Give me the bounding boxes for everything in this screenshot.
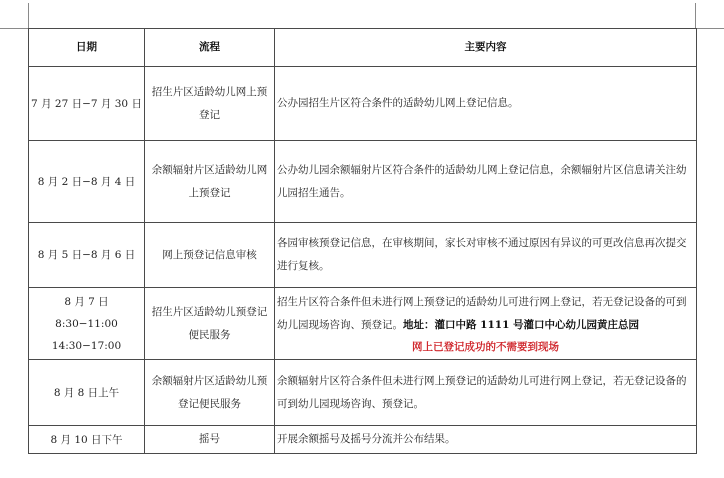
table-row: 8 月 2 日−8 月 4 日 余额辐射片区适龄幼儿网上预登记 公办幼儿园余额辐… (29, 141, 697, 223)
table-row: 8 月 8 日上午 余额辐射片区适龄幼儿预登记便民服务 余额辐射片区符合条件但未… (29, 360, 697, 426)
enrollment-schedule-table: 日期 流程 主要内容 7 月 27 日−7 月 30 日 招生片区适龄幼儿网上预… (28, 28, 697, 454)
crop-mark-top-left-vertical (28, 3, 29, 28)
content-cell: 各园审核预登记信息，在审核期间，家长对审核不通过原因有异议的可更改信息再次提交进… (275, 223, 697, 288)
crop-mark-top-right-vertical (695, 3, 696, 28)
content-cell: 余额辐射片区符合条件但未进行网上预登记的适龄幼儿可进行网上登记，若无登记设备的可… (275, 360, 697, 426)
process-cell: 招生片区适龄幼儿预登记便民服务 (145, 288, 275, 360)
process-cell: 网上预登记信息审核 (145, 223, 275, 288)
date-cell: 8 月 10 日下午 (29, 426, 145, 454)
content-cell: 公办园招生片区符合条件的适龄幼儿网上登记信息。 (275, 67, 697, 141)
notice-text: 网上已登记成功的不需要到现场 (277, 337, 694, 357)
date-cell: 8 月 8 日上午 (29, 360, 145, 426)
date-cell: 7 月 27 日−7 月 30 日 (29, 67, 145, 141)
crop-mark-top-right-horizontal (695, 28, 724, 29)
date-text: 8 月 7 日 (31, 291, 142, 313)
content-cell: 公办幼儿园余额辐射片区符合条件的适龄幼儿网上登记信息，余额辐射片区信息请关注幼儿… (275, 141, 697, 223)
header-process: 流程 (145, 29, 275, 67)
process-cell: 余额辐射片区适龄幼儿预登记便民服务 (145, 360, 275, 426)
table-header-row: 日期 流程 主要内容 (29, 29, 697, 67)
table-row: 8 月 5 日−8 月 6 日 网上预登记信息审核 各园审核预登记信息，在审核期… (29, 223, 697, 288)
address-text: 地址：灌口中路 1111 号灌口中心幼儿园黄庄总园 (403, 319, 639, 331)
date-cell: 8 月 5 日−8 月 6 日 (29, 223, 145, 288)
date-text: 8 月 10 日下午 (31, 429, 142, 451)
date-text: 7 月 27 日−7 月 30 日 (31, 93, 142, 115)
date-text: 8 月 5 日−8 月 6 日 (31, 244, 142, 266)
content-cell: 招生片区符合条件但未进行网上预登记的适龄幼儿可进行网上登记，若无登记设备的可到幼… (275, 288, 697, 360)
process-cell: 招生片区适龄幼儿网上预登记 (145, 67, 275, 141)
date-cell: 8 月 2 日−8 月 4 日 (29, 141, 145, 223)
content-cell: 开展余额摇号及摇号分流并公布结果。 (275, 426, 697, 454)
time-range-morning: 8:30−11:00 (31, 313, 142, 335)
date-text: 8 月 8 日上午 (31, 382, 142, 404)
table-row: 8 月 7 日 8:30−11:00 14:30−17:00 招生片区适龄幼儿预… (29, 288, 697, 360)
header-content: 主要内容 (275, 29, 697, 67)
process-cell: 余额辐射片区适龄幼儿网上预登记 (145, 141, 275, 223)
date-text: 8 月 2 日−8 月 4 日 (31, 171, 142, 193)
table-row: 8 月 10 日下午 摇号 开展余额摇号及摇号分流并公布结果。 (29, 426, 697, 454)
crop-mark-top-left-horizontal (0, 28, 28, 29)
date-cell: 8 月 7 日 8:30−11:00 14:30−17:00 (29, 288, 145, 360)
process-cell: 摇号 (145, 426, 275, 454)
time-range-afternoon: 14:30−17:00 (31, 335, 142, 357)
table-row: 7 月 27 日−7 月 30 日 招生片区适龄幼儿网上预登记 公办园招生片区符… (29, 67, 697, 141)
header-date: 日期 (29, 29, 145, 67)
